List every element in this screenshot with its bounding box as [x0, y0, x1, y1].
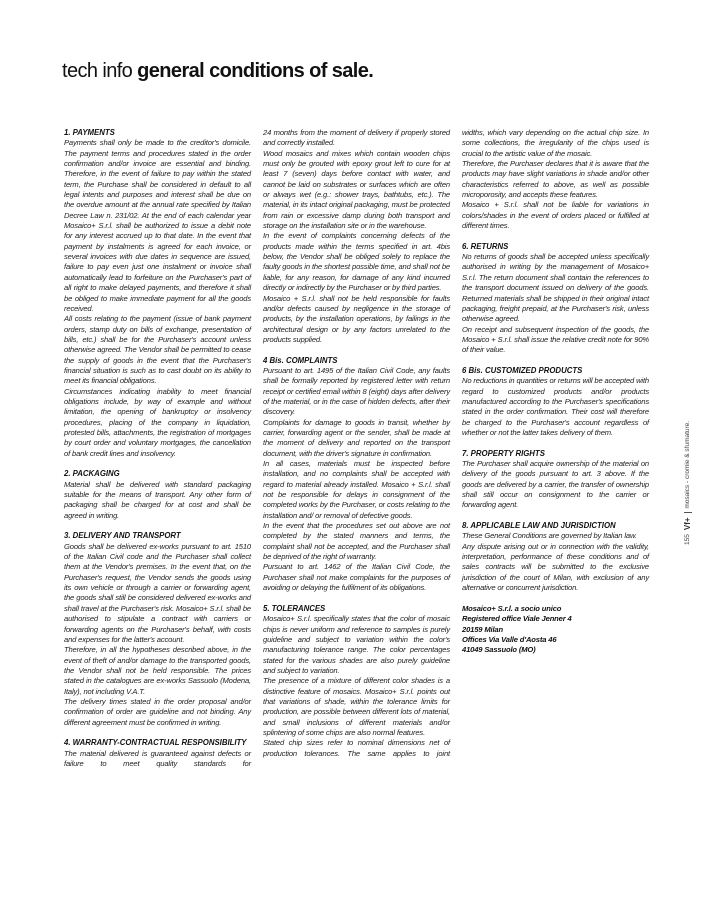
side-label: 155 Vf+ mosaics - cromie & sfumature. — [683, 421, 692, 545]
paragraph: On receipt and subsequent inspection of … — [462, 325, 649, 356]
address-line: 20159 Milan — [462, 625, 649, 635]
section-payments: 1. PAYMENTS Payments shall only be made … — [64, 128, 251, 459]
paragraph: Circumstances indicating inability to me… — [64, 387, 251, 459]
section-delivery: 3. DELIVERY AND TRANSPORT Goods shall be… — [64, 531, 251, 728]
section-heading: 5. TOLERANCES — [263, 604, 450, 614]
paragraph: All costs relating to the payment (issue… — [64, 314, 251, 386]
section-heading: 2. PACKAGING — [64, 469, 251, 479]
title-light: tech info — [62, 60, 137, 82]
section-tolerances-continued: widths, which vary depending on the actu… — [462, 128, 649, 231]
collection-label: mosaics - cromie & sfumature. — [684, 421, 691, 509]
paragraph: Complaints for damage to goods in transi… — [263, 418, 450, 459]
section-tolerances: 5. TOLERANCES Mosaico+ S.r.l. specifical… — [263, 604, 450, 759]
paragraph: Mosaico+ S.r.l. specifically states that… — [263, 614, 450, 676]
section-heading: 4 Bis. COMPLAINTS — [263, 356, 450, 366]
section-warranty: 4. WARRANTY-CONTRACTUAL RESPONSIBILITY T… — [64, 738, 251, 769]
paragraph: These General Conditions are governed by… — [462, 531, 649, 541]
address-line: Registered office Viale Jenner 4 — [462, 614, 649, 624]
page-number: 155 — [684, 534, 691, 545]
paragraph: Therefore, in all the hypotheses describ… — [64, 645, 251, 697]
paragraph: Wood mosaics and mixes which contain woo… — [263, 149, 450, 232]
column-1: 1. PAYMENTS Payments shall only be made … — [64, 128, 251, 780]
section-warranty-continued: 24 months from the moment of delivery if… — [263, 128, 450, 345]
section-customized-products: 6 Bis. CUSTOMIZED PRODUCTS No reductions… — [462, 366, 649, 438]
brand-logo-icon: Vf+ — [683, 517, 692, 530]
paragraph: Any dispute arising out or in connection… — [462, 542, 649, 594]
section-heading: 7. PROPERTY RIGHTS — [462, 449, 649, 459]
address-line: Mosaico+ S.r.l. a socio unico — [462, 604, 649, 614]
paragraph: The material delivered is guaranteed aga… — [64, 749, 251, 770]
section-heading: 3. DELIVERY AND TRANSPORT — [64, 531, 251, 541]
paragraph: Mosaico + S.r.l. shall not be liable for… — [462, 200, 649, 231]
section-heading: 6 Bis. CUSTOMIZED PRODUCTS — [462, 366, 649, 376]
paragraph: In all cases, materials must be inspecte… — [263, 459, 450, 521]
column-3: widths, which vary depending on the actu… — [462, 128, 649, 666]
column-2: 24 months from the moment of delivery if… — [263, 128, 450, 769]
address-line: Offices Via Valle d'Aosta 46 — [462, 635, 649, 645]
paragraph: Goods shall be delivered ex-works pursua… — [64, 542, 251, 645]
paragraph: Pursuant to art. 1462 of the Italian Civ… — [263, 562, 450, 593]
section-heading: 4. WARRANTY-CONTRACTUAL RESPONSIBILITY — [64, 738, 251, 748]
section-complaints: 4 Bis. COMPLAINTS Pursuant to art. 1495 … — [263, 356, 450, 594]
section-property-rights: 7. PROPERTY RIGHTS The Purchaser shall a… — [462, 449, 649, 511]
page-title: tech info general conditions of sale. — [62, 60, 373, 83]
title-bold: general conditions of sale. — [137, 60, 373, 82]
paragraph: The Purchaser shall acquire ownership of… — [462, 459, 649, 511]
paragraph: Mosaico + S.r.l. shall not be held respo… — [263, 294, 450, 346]
paragraph: No returns of goods shall be accepted un… — [462, 252, 649, 324]
section-heading: 8. APPLICABLE LAW AND JURISDICTION — [462, 521, 649, 531]
divider — [684, 513, 692, 514]
paragraph: No reductions in quantities or returns w… — [462, 376, 649, 438]
paragraph: widths, which vary depending on the actu… — [462, 128, 649, 159]
paragraph: In the event that the procedures set out… — [263, 521, 450, 562]
paragraph: The presence of a mixture of different c… — [263, 676, 450, 738]
paragraph: The delivery times stated in the order p… — [64, 697, 251, 728]
company-address: Mosaico+ S.r.l. a socio unico Registered… — [462, 604, 649, 656]
section-returns: 6. RETURNS No returns of goods shall be … — [462, 242, 649, 356]
paragraph: In the event of complaints concerning de… — [263, 231, 450, 293]
section-packaging: 2. PACKAGING Material shall be delivered… — [64, 469, 251, 521]
section-heading: 6. RETURNS — [462, 242, 649, 252]
address-line: 41049 Sassuolo (MO) — [462, 645, 649, 655]
section-heading: 1. PAYMENTS — [64, 128, 251, 138]
section-applicable-law: 8. APPLICABLE LAW AND JURISDICTION These… — [462, 521, 649, 593]
paragraph: Stated chip sizes refer to nominal dimen… — [263, 738, 450, 759]
paragraph: Payments shall only be made to the credi… — [64, 138, 251, 314]
paragraph: Therefore, the Purchaser declares that i… — [462, 159, 649, 200]
paragraph: 24 months from the moment of delivery if… — [263, 128, 450, 149]
paragraph: Material shall be delivered with standar… — [64, 480, 251, 521]
paragraph: Pursuant to art. 1495 of the Italian Civ… — [263, 366, 450, 418]
